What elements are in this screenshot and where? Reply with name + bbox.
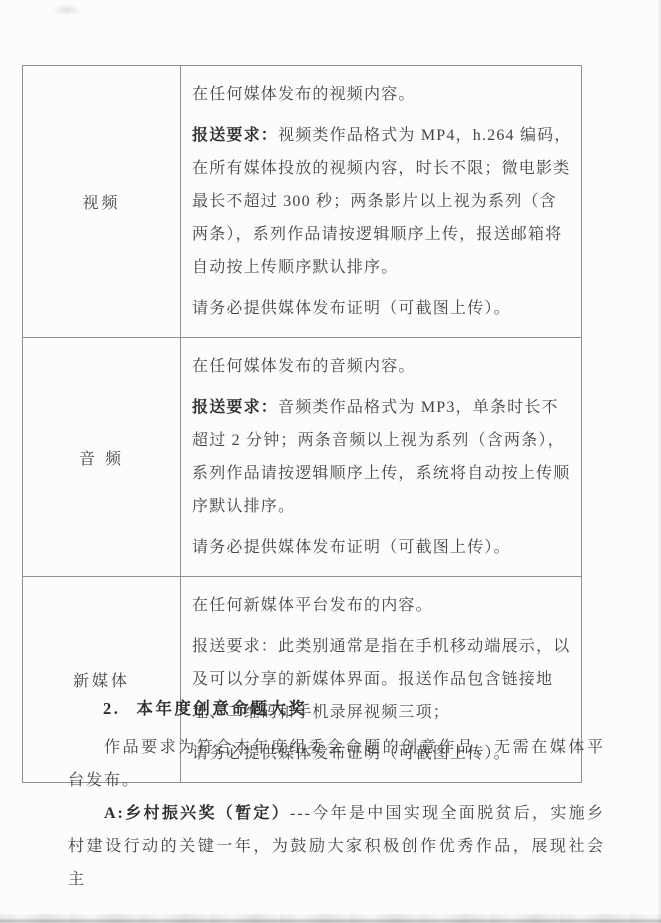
category-cell-video: 视频 xyxy=(23,66,181,338)
requirements-text: 视频类作品格式为 MP4，h.264 编码，在所有媒体投放的视频内容，时长不限；… xyxy=(192,127,572,276)
scan-smudge-artifact xyxy=(52,4,82,16)
proof-note: 请务必提供媒体发布证明（可截图上传）。 xyxy=(192,531,573,564)
description-cell-audio: 在任何媒体发布的音频内容。 报送要求：音频类作品格式为 MP3，单条时长不超过 … xyxy=(181,338,582,577)
award-paragraph: A:乡村振兴奖（暂定）---今年是中国实现全面脱贫后，实施乡村建设行动的关键一年… xyxy=(68,797,605,896)
requirements-paragraph: 报送要求：音频类作品格式为 MP3，单条时长不超过 2 分钟；两条音频以上视为系… xyxy=(192,391,573,523)
description-cell-video: 在任何媒体发布的视频内容。 报送要求：视频类作品格式为 MP4，h.264 编码… xyxy=(181,66,582,338)
requirements-paragraph: 报送要求：视频类作品格式为 MP4，h.264 编码，在所有媒体投放的视频内容，… xyxy=(192,119,573,284)
scan-bottom-edge xyxy=(0,914,661,923)
requirements-label: 报送要求： xyxy=(192,399,278,416)
submission-format-table: 视频 在任何媒体发布的视频内容。 报送要求：视频类作品格式为 MP4，h.264… xyxy=(22,65,582,783)
requirements-label: 报送要求： xyxy=(192,127,278,144)
document-page: 视频 在任何媒体发布的视频内容。 报送要求：视频类作品格式为 MP4，h.264… xyxy=(0,0,661,923)
intro-paragraph: 在任何媒体发布的视频内容。 xyxy=(192,78,573,111)
section-heading: 2.本年度创意命题大奖 xyxy=(103,692,605,725)
intro-paragraph: 在任何新媒体平台发布的内容。 xyxy=(192,589,573,622)
section-heading-number: 2. xyxy=(103,699,120,718)
section-creative-award: 2.本年度创意命题大奖 作品要求为符合本年度组委会命题的创意作品，无需在媒体平台… xyxy=(68,692,605,896)
table-row-audio: 音 频 在任何媒体发布的音频内容。 报送要求：音频类作品格式为 MP3，单条时长… xyxy=(23,338,582,577)
section-heading-text: 本年度创意命题大奖 xyxy=(136,699,307,718)
intro-paragraph: 在任何媒体发布的音频内容。 xyxy=(192,350,573,383)
requirements-text: 音频类作品格式为 MP3，单条时长不超过 2 分钟；两条音频以上视为系列（含两条… xyxy=(192,399,570,515)
section-paragraph: 作品要求为符合本年度组委会命题的创意作品，无需在媒体平台发布。 xyxy=(68,731,605,797)
category-cell-audio: 音 频 xyxy=(23,338,181,577)
proof-note: 请务必提供媒体发布证明（可截图上传）。 xyxy=(192,292,573,325)
table-row-video: 视频 在任何媒体发布的视频内容。 报送要求：视频类作品格式为 MP4，h.264… xyxy=(23,66,582,338)
award-name: A:乡村振兴奖（暂定） xyxy=(104,805,290,822)
